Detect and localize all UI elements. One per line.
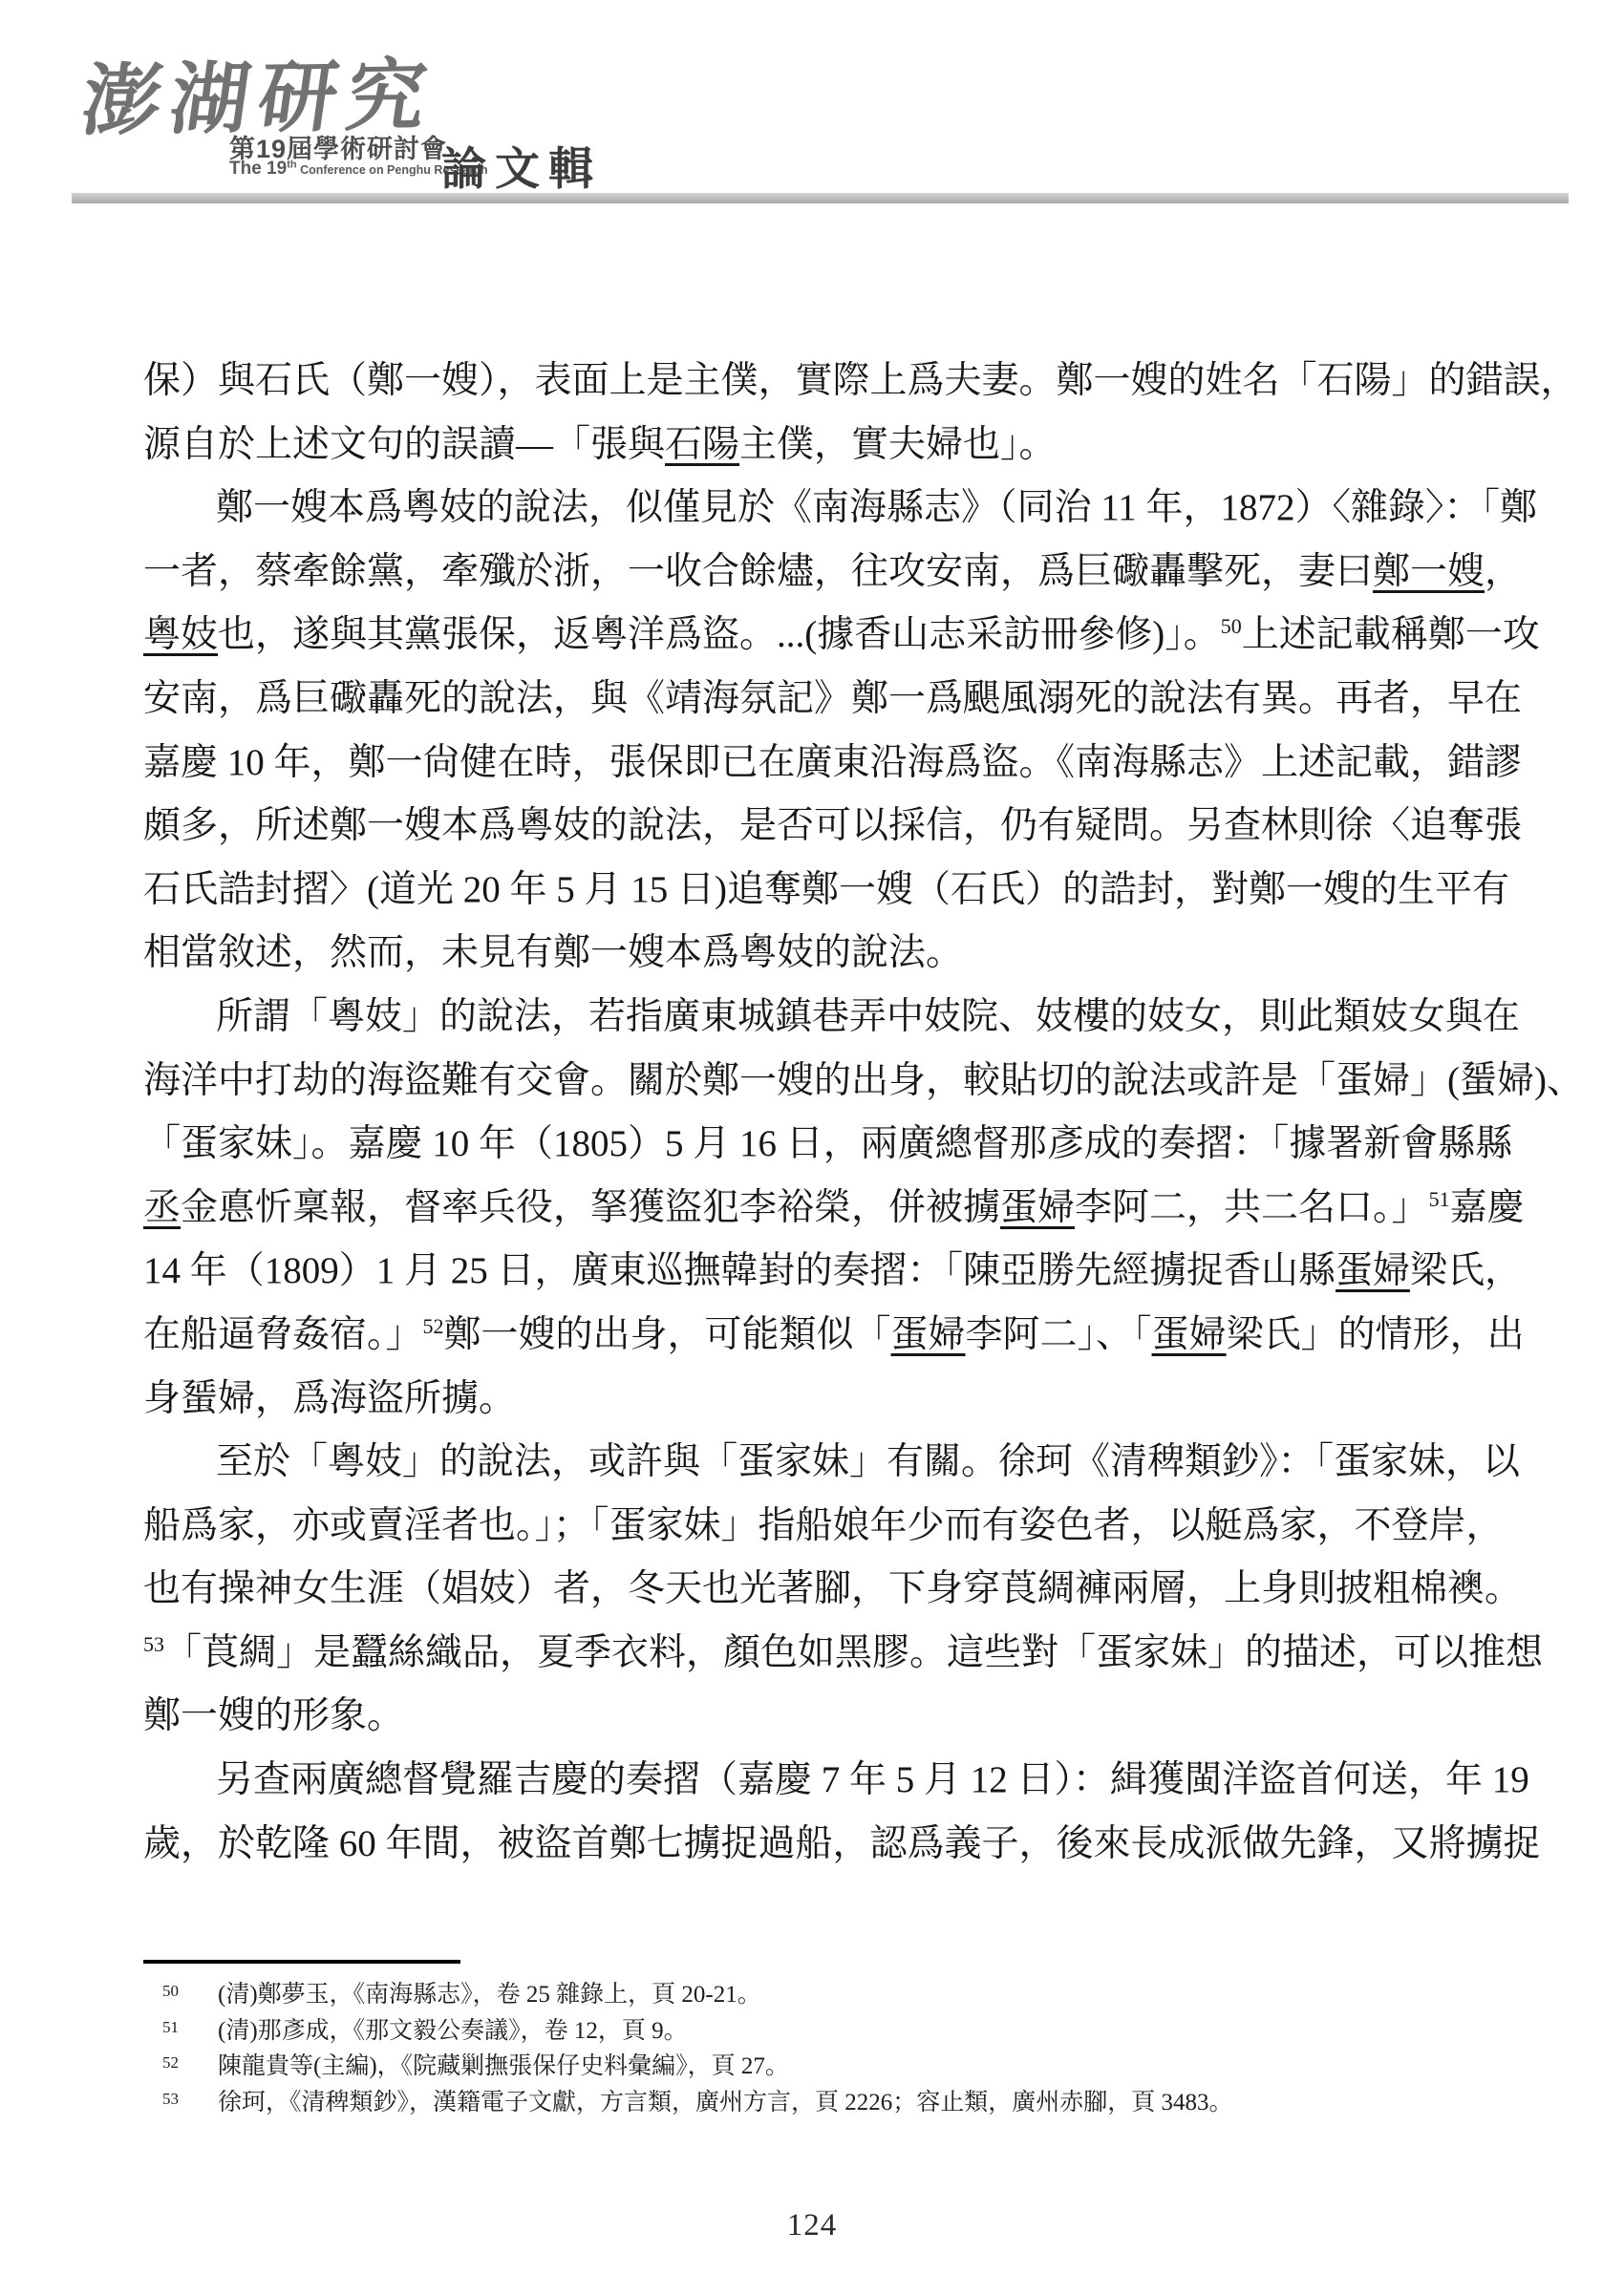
text-segment: 鄭一嫂的形象。 [143,1695,404,1736]
body-line: 也有操神女生涯（娼妓）者，冬天也光著腳，下身穿莨綢褲兩層，上身則披粗棉襖。 [143,1558,1488,1622]
proceedings-volume-label: 論文輯 [441,134,602,198]
footnote-text: 徐珂，《清稗類鈔》，漢籍電子文獻，方言類，廣州方言，頁 2226；容止類，廣州赤… [218,2090,1233,2115]
text-segment: 石氏誥封摺〉(道光 20 年 5 月 15 日)追奪鄭一嫂（石氏）的誥封，對鄭一… [143,869,1509,910]
footnote-reference: 52 [423,1314,444,1338]
body-line: 保）與石氏（鄭一嫂），表面上是主僕，實際上爲夫妻。鄭一嫂的姓名「石陽」的錯誤， [143,350,1488,414]
text-segment: 「蛋家妹」。嘉慶 10 年（1805）5 月 16 日，兩廣總督那彥成的奏摺：「… [143,1123,1512,1164]
footnote-number: 52 [162,2045,179,2081]
body-line: 一者，蔡牽餘黨，牽殲於浙，一收合餘燼，往攻安南，爲巨礮轟擊死，妻曰鄭一嫂， [143,541,1488,605]
text-segment: 鄭一嫂的出身，可能類似「 [444,1314,891,1355]
text-segment: 頗多，所述鄭一嫂本爲粵妓的說法，是否可以採信，仍有疑問。另查林則徐〈追奪張 [143,805,1522,846]
body-line: 石氏誥封摺〉(道光 20 年 5 月 15 日)追奪鄭一嫂（石氏）的誥封，對鄭一… [143,859,1488,923]
document-page: 澎湖研究 第19屆學術研討會 The 19th Conference on Pe… [0,0,1624,2296]
body-line: 53「莨綢」是蠶絲織品，夏季衣料，顏色如黑膠。這些對「蛋家妹」的描述，可以推想 [143,1622,1488,1686]
footnote-item: 50(清)鄭夢玉，《南海縣志》，卷 25 雜錄上，頁 20-21。 [143,1977,1500,2013]
body-line: 鄭一嫂本爲粵妓的說法，似僅見於《南海縣志》（同治 11 年，1872）〈雜錄〉：… [143,477,1488,541]
body-line: 另查兩廣總督覺羅吉慶的奏摺（嘉慶 7 年 5 月 12 日）：緝獲閩洋盜首何送，… [143,1749,1488,1813]
text-segment: 「莨綢」是蠶絲織品，夏季衣料，顏色如黑膠。這些對「蛋家妹」的描述，可以推想 [164,1632,1543,1673]
body-line: 相當敘述，然而，未見有鄭一嫂本爲粵妓的說法。 [143,922,1488,986]
text-segment: 金悳忻稟報，督率兵役，拏獲盜犯李裕榮，併被擄 [181,1187,1000,1228]
text-segment: 李阿二，共二名口。」 [1075,1187,1429,1228]
text-segment: 也有操神女生涯（娼妓）者，冬天也光著腳，下身穿莨綢褲兩層，上身則披粗棉襖。 [143,1568,1522,1609]
body-line: 14 年（1809）1 月 25 日，廣東巡撫韓崶的奏摺：「陳亞勝先經擄捉香山縣… [143,1240,1488,1304]
text-segment: 蛋婦 [1000,1187,1075,1228]
text-segment: 在船逼脅姦宿。」 [143,1314,423,1355]
footnotes: 50(清)鄭夢玉，《南海縣志》，卷 25 雜錄上，頁 20-21。51(清)那彥… [143,1977,1500,2120]
footnote-reference: 53 [143,1632,164,1656]
body-line: 所謂「粵妓」的說法，若指廣東城鎮巷弄中妓院、妓樓的妓女，則此類妓女與在 [143,986,1488,1050]
body-line: 頗多，所述鄭一嫂本爲粵妓的說法，是否可以採信，仍有疑問。另查林則徐〈追奪張 [143,795,1488,859]
text-segment: 梁氏， [1410,1250,1522,1291]
footnote-text: 陳龍貴等(主編)，《院藏剿撫張保仔史料彙編》，頁 27。 [218,2053,789,2079]
body-line: 粵妓也，遂與其黨張保，返粵洋爲盜。...(據香山志采訪冊參修)」。50上述記載稱… [143,604,1488,668]
body-line: 源自於上述文句的誤讀—「張與石陽主僕，實夫婦也」。 [143,414,1488,478]
footnote-reference: 51 [1429,1187,1450,1211]
text-segment: 安南，爲巨礮轟死的說法，與《靖海氛記》鄭一爲颶風溺死的說法有異。再者，早在 [143,678,1522,719]
body-text: 保）與石氏（鄭一嫂），表面上是主僕，實際上爲夫妻。鄭一嫂的姓名「石陽」的錯誤，源… [143,350,1488,1876]
body-line: 丞金悳忻稟報，督率兵役，拏獲盜犯李裕榮，併被擄蛋婦李阿二，共二名口。」51嘉慶 [143,1177,1488,1241]
text-segment: 蛋婦 [1152,1314,1227,1355]
page-number: 124 [0,2208,1624,2243]
conference-subtitle-en-ordinal: th [287,159,296,171]
text-segment: 嘉慶 [1450,1187,1525,1228]
text-segment: 蛋婦 [891,1314,966,1355]
text-segment: 李阿二」、「 [966,1314,1152,1355]
text-segment: 也，遂與其黨張保，返粵洋爲盜。...(據香山志采訪冊參修)」。 [218,614,1221,655]
text-segment: 鄭一嫂 [1373,551,1485,592]
text-segment: 海洋中打劫的海盜難有交會。關於鄭一嫂的出身，較貼切的說法或許是「蛋婦」(蜑婦)、 [143,1060,1584,1101]
text-segment: 主僕，實夫婦也」。 [739,424,1057,465]
body-line: 身蜑婦，爲海盜所擄。 [143,1368,1488,1432]
text-segment: 歲，於乾隆 60 年間，被盜首鄭七擄捉過船，認爲義子，後來長成派做先鋒，又將擄捉 [143,1823,1541,1864]
text-segment: 丞 [143,1187,181,1228]
text-segment: 身蜑婦，爲海盜所擄。 [143,1378,516,1419]
text-segment: 梁氏」的情形，出 [1227,1314,1525,1355]
text-segment: 至於「粵妓」的說法，或許與「蛋家妹」有關。徐珂《清稗類鈔》：「蛋家妹，以 [216,1441,1520,1482]
text-segment: 船爲家，亦或賣淫者也。」；「蛋家妹」指船娘年少而有姿色者，以艇爲家，不登岸， [143,1505,1504,1546]
body-line: 歲，於乾隆 60 年間，被盜首鄭七擄捉過船，認爲義子，後來長成派做先鋒，又將擄捉 [143,1813,1488,1877]
body-line: 至於「粵妓」的說法，或許與「蛋家妹」有關。徐珂《清稗類鈔》：「蛋家妹，以 [143,1431,1488,1495]
text-segment: 嘉慶 10 年，鄭一尙健在時，張保即已在廣東沿海爲盜。《南海縣志》上述記載，錯謬 [143,742,1522,783]
text-segment: 石陽 [665,424,739,465]
footnote-number: 50 [162,1973,179,2009]
body-line: 「蛋家妹」。嘉慶 10 年（1805）5 月 16 日，兩廣總督那彥成的奏摺：「… [143,1113,1488,1177]
footnote-text: (清)那彥成，《那文毅公奏議》，卷 12，頁 9。 [218,2018,688,2044]
footnote-text: (清)鄭夢玉，《南海縣志》，卷 25 雜錄上，頁 20-21。 [218,1982,761,2008]
footnote-number: 51 [162,2009,179,2046]
text-segment: 粵妓 [143,614,218,655]
footnote-item: 53徐珂，《清稗類鈔》，漢籍電子文獻，方言類，廣州方言，頁 2226；容止類，廣… [143,2085,1500,2121]
page-header: 澎湖研究 第19屆學術研討會 The 19th Conference on Pe… [0,0,1624,220]
text-segment: 另查兩廣總督覺羅吉慶的奏摺（嘉慶 7 年 5 月 12 日）：緝獲閩洋盜首何送，… [216,1759,1529,1800]
body-line: 嘉慶 10 年，鄭一尙健在時，張保即已在廣東沿海爲盜。《南海縣志》上述記載，錯謬 [143,732,1488,796]
footnote-reference: 50 [1221,614,1242,638]
body-line: 安南，爲巨礮轟死的說法，與《靖海氛記》鄭一爲颶風溺死的說法有異。再者，早在 [143,668,1488,732]
text-segment: ， [1485,551,1522,592]
body-line: 船爲家，亦或賣淫者也。」；「蛋家妹」指船娘年少而有姿色者，以艇爲家，不登岸， [143,1495,1488,1559]
footnote-item: 51(清)那彥成，《那文毅公奏議》，卷 12，頁 9。 [143,2013,1500,2050]
body-line: 在船逼脅姦宿。」52鄭一嫂的出身，可能類似「蛋婦李阿二」、「蛋婦梁氏」的情形，出 [143,1304,1488,1368]
footnote-item: 52陳龍貴等(主編)，《院藏剿撫張保仔史料彙編》，頁 27。 [143,2049,1500,2085]
text-segment: 相當敘述，然而，未見有鄭一嫂本爲粵妓的說法。 [143,932,963,973]
text-segment: 一者，蔡牽餘黨，牽殲於浙，一收合餘燼，往攻安南，爲巨礮轟擊死，妻曰 [143,551,1373,592]
conference-subtitle-en-prefix: The 19 [229,159,287,179]
body-line: 鄭一嫂的形象。 [143,1685,1488,1749]
text-segment: 蛋婦 [1336,1250,1410,1291]
header-divider-bar [72,193,1569,203]
footnote-number: 53 [162,2081,179,2117]
text-segment: 保）與石氏（鄭一嫂），表面上是主僕，實際上爲夫妻。鄭一嫂的姓名「石陽」的錯誤， [143,360,1578,401]
text-segment: 源自於上述文句的誤讀—「張與 [143,424,665,465]
text-segment: 上述記載稱鄭一攻 [1242,614,1540,655]
text-segment: 所謂「粵妓」的說法，若指廣東城鎮巷弄中妓院、妓樓的妓女，則此類妓女與在 [216,996,1520,1037]
text-segment: 14 年（1809）1 月 25 日，廣東巡撫韓崶的奏摺：「陳亞勝先經擄捉香山縣 [143,1250,1336,1291]
text-segment: 鄭一嫂本爲粵妓的說法，似僅見於《南海縣志》（同治 11 年，1872）〈雜錄〉：… [216,487,1537,528]
footnote-separator [143,1960,460,1964]
body-line: 海洋中打劫的海盜難有交會。關於鄭一嫂的出身，較貼切的說法或許是「蛋婦」(蜑婦)、 [143,1050,1488,1114]
